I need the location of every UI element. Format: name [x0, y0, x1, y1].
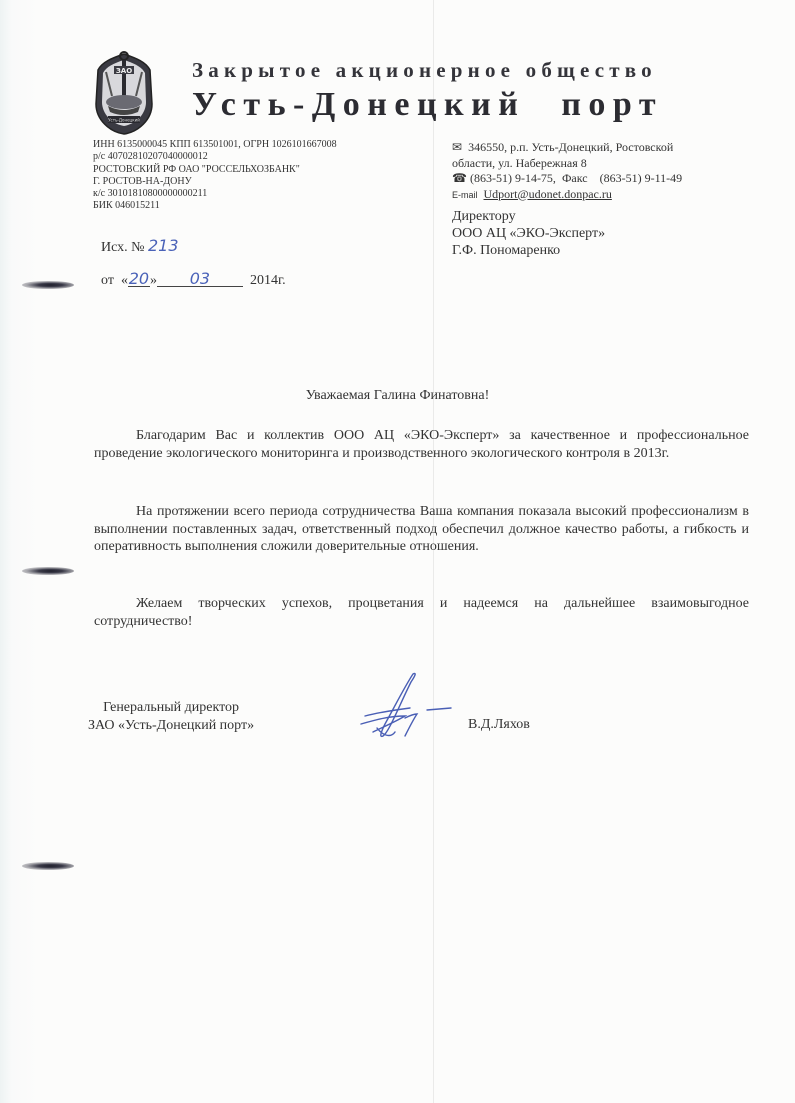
requisite-line: БИК 046015211	[93, 200, 337, 212]
contact-block: ✉ 346550, р.п. Усть-Донецкий, Ростовской…	[452, 140, 682, 203]
requisite-line: р/с 40702810207040000012	[93, 151, 337, 163]
addressee-block: Директору ООО АЦ «ЭКО-Эксперт» Г.Ф. Поно…	[452, 208, 605, 259]
salutation: Уважаемая Галина Финатовна!	[0, 388, 795, 404]
position-company: ЗАО «Усть-Донецкий порт»	[88, 717, 254, 735]
email-link[interactable]: Udport@udonet.donpac.ru	[484, 187, 612, 201]
letter-page: ЗАО Усть-Донецкий Закрытое акционерное о…	[0, 0, 795, 1103]
date-year: 2014г.	[250, 273, 286, 288]
envelope-icon: ✉	[452, 140, 462, 154]
signer-position: Генеральный директор ЗАО «Усть-Донецкий …	[88, 699, 254, 734]
addressee-title: Директору	[452, 208, 605, 225]
punch-hole-mark	[22, 281, 74, 289]
requisite-line: Г. РОСТОВ-НА-ДОНУ	[93, 176, 337, 188]
outgoing-date: от «20»03 2014г.	[101, 271, 286, 289]
body-paragraph: Благодарим Вас и коллектив ООО АЦ «ЭКО-Э…	[94, 427, 749, 462]
bank-requisites: ИНН 6135000045 КПП 613501001, ОГРН 10261…	[93, 139, 337, 213]
body-paragraph: На протяжении всего периода сотрудничест…	[94, 503, 749, 556]
org-name-part1: Усть-Донецкий	[192, 86, 525, 123]
requisite-line: РОСТОВСКИЙ РФ ОАО "РОССЕЛЬХОЗБАНК"	[93, 164, 337, 176]
punch-hole-mark	[22, 862, 74, 870]
phone-number: (863-51) 9-14-75,	[470, 171, 556, 185]
address-line: области, ул. Набережная 8	[452, 156, 682, 172]
outgoing-number-label: Исх. №	[101, 240, 145, 255]
punch-hole-mark	[22, 567, 74, 575]
addressee-company: ООО АЦ «ЭКО-Эксперт»	[452, 225, 605, 242]
port-emblem-icon: ЗАО Усть-Донецкий	[92, 48, 156, 136]
date-day: 20	[128, 271, 150, 287]
email-label: E-mail	[452, 190, 478, 200]
address-line: 346550, р.п. Усть-Донецкий, Ростовской	[468, 140, 673, 154]
outgoing-number-value: 213	[148, 236, 179, 255]
handwritten-signature	[355, 666, 465, 746]
position-title: Генеральный директор	[88, 699, 254, 717]
requisite-line: к/с 30101810800000000211	[93, 188, 337, 200]
org-name-heading: Усть-Донецкийпорт	[192, 86, 663, 124]
org-type-heading: Закрытое акционерное общество	[192, 58, 657, 83]
org-name-part2: порт	[561, 86, 663, 123]
date-prefix: от	[101, 273, 114, 288]
requisite-line: ИНН 6135000045 КПП 613501001, ОГРН 10261…	[93, 139, 337, 151]
svg-text:Усть-Донецкий: Усть-Донецкий	[108, 118, 140, 123]
fax-label: Факс	[562, 171, 588, 185]
date-month: 03	[157, 271, 243, 287]
outgoing-number: Исх. № 213	[101, 236, 179, 256]
fax-number: (863-51) 9-11-49	[600, 171, 683, 185]
signer-name: В.Д.Ляхов	[468, 717, 530, 733]
body-paragraph: Желаем творческих успехов, процветания и…	[94, 595, 749, 630]
addressee-name: Г.Ф. Пономаренко	[452, 242, 605, 259]
telephone-icon: ☎	[452, 171, 467, 185]
svg-text:ЗАО: ЗАО	[116, 67, 132, 75]
